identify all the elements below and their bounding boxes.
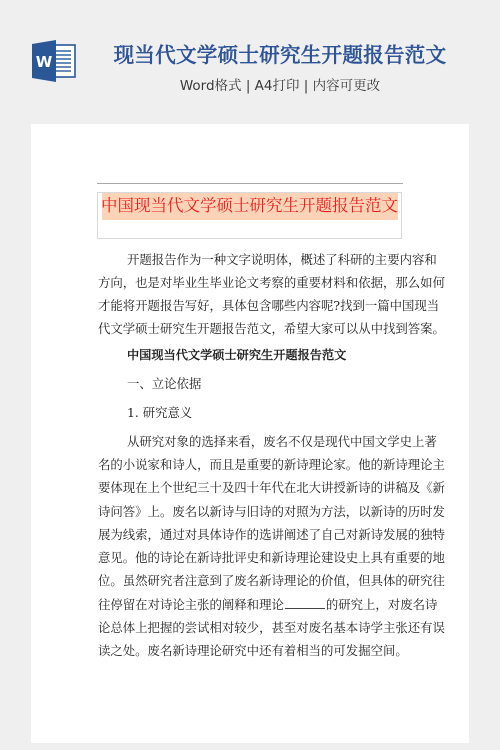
intro-line: 代文学硕士研究生开题报告范文，希望大家可以从中找到答案。 bbox=[98, 321, 445, 337]
svg-text:W: W bbox=[36, 53, 53, 71]
page-subtitle: Word格式 | A4打印 | 内容可更改 bbox=[100, 74, 460, 94]
body-line-tail: 的研究上，对废名诗 bbox=[326, 597, 438, 612]
document-title-box: 中国现当代文学硕士研究生开题报告范文 bbox=[97, 192, 402, 239]
sub-heading: 1. 研究意义 bbox=[127, 405, 192, 421]
section-heading: 中国现当代文学硕士研究生开题报告范文 bbox=[127, 347, 346, 363]
document-page: 中国现当代文学硕士研究生开题报告范文 开题报告作为一种文字说明体，概述了科研的主… bbox=[31, 124, 469, 743]
body-line: 读之处。废名新诗理论研究中还有着相当的可发掘空间。 bbox=[98, 643, 408, 659]
header-rule bbox=[97, 183, 403, 184]
body-line: 位。虽然研究者注意到了废名新诗理论的价值，但具体的研究往 bbox=[98, 573, 445, 589]
body-line-with-blank: 往停留在对诗论主张的阐释和理论的研究上，对废名诗 bbox=[98, 597, 437, 613]
intro-line: 方向，也是对毕业生毕业论文考察的重要材料和依据，那么如何 bbox=[98, 275, 445, 291]
body-line: 要体现在上个世纪三十及四十年代在北大讲授新诗的讲稿及《新 bbox=[98, 480, 445, 496]
word-document-icon: W bbox=[31, 40, 77, 82]
part-heading: 一、立论依据 bbox=[127, 376, 201, 392]
intro-line: 开题报告作为一种文字说明体，概述了科研的主要内容和 bbox=[127, 252, 437, 268]
body-line: 名的小说家和诗人，而且是重要的新诗理论家。他的新诗理论主 bbox=[98, 457, 445, 473]
page-header: W 现当代文学硕士研究生开题报告范文 Word格式 | A4打印 | 内容可更改 bbox=[0, 0, 500, 110]
body-line: 展为线索，通过对具体诗作的选讲阐述了自己对新诗发展的独特 bbox=[98, 527, 445, 543]
body-line: 论总体上把握的尝试相对较少，甚至对废名基本诗学主张还有误 bbox=[98, 620, 445, 636]
page-title: 现当代文学硕士研究生开题报告范文 bbox=[100, 38, 460, 68]
body-line: 意见。他的诗论在新诗批评史和新诗理论建设史上具有重要的地 bbox=[98, 550, 445, 566]
intro-line: 才能将开题报告写好，具体包含哪些内容呢?找到一篇中国现当 bbox=[98, 298, 439, 314]
fill-in-blank bbox=[285, 597, 325, 609]
body-line: 诗问答》上。废名以新诗与旧诗的对照为方法，以新诗的历时发 bbox=[98, 504, 445, 520]
body-line: 从研究对象的选择来看，废名不仅是现代中国文学史上著 bbox=[127, 434, 437, 450]
document-title: 中国现当代文学硕士研究生开题报告范文 bbox=[98, 193, 401, 219]
body-line-head: 往停留在对诗论主张的阐释和理论 bbox=[98, 597, 284, 612]
